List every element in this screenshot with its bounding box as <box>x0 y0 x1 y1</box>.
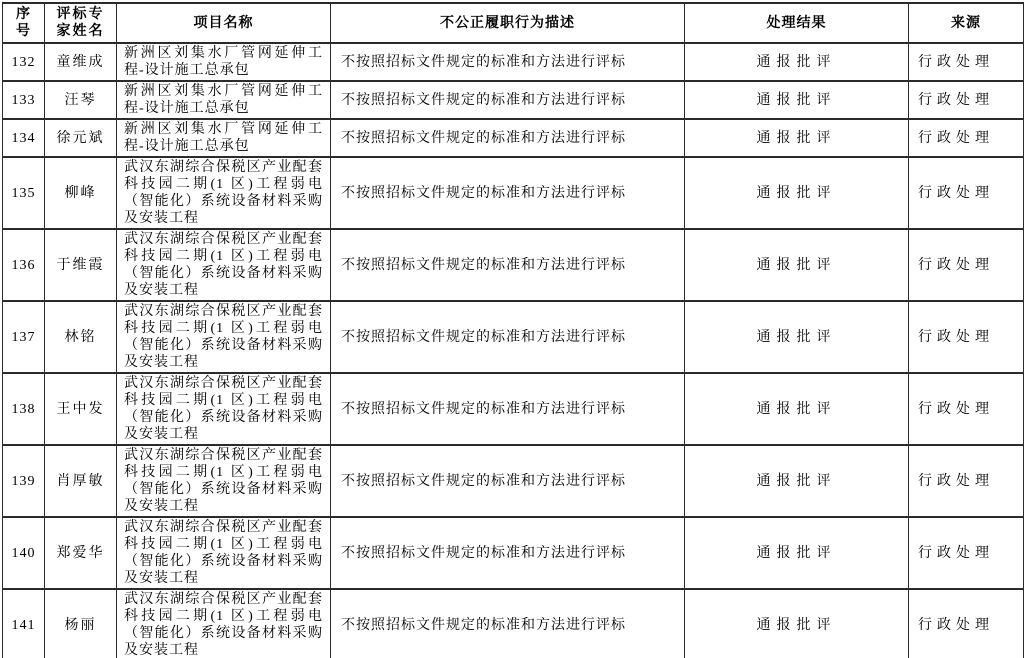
cell-source: 行政处理 <box>909 81 1024 119</box>
cell-processing-result: 通报批评 <box>685 517 909 589</box>
cell-processing-result: 通报批评 <box>685 119 909 157</box>
cell-serial-number: 140 <box>3 517 45 589</box>
cell-project-name: 新洲区刘集水厂管网延伸工程-设计施工总承包 <box>117 81 331 119</box>
cell-behavior-description: 不按照招标文件规定的标准和方法进行评标 <box>331 445 685 517</box>
table-row: 138 王中发 武汉东湖综合保税区产业配套科技园二期(1 区)工程弱电（智能化）… <box>3 373 1024 445</box>
cell-source: 行政处理 <box>909 157 1024 229</box>
cell-expert-name: 童维成 <box>45 43 117 81</box>
cell-processing-result: 通报批评 <box>685 301 909 373</box>
cell-project-name: 武汉东湖综合保税区产业配套科技园二期(1 区)工程弱电（智能化）系统设备材料采购… <box>117 301 331 373</box>
cell-serial-number: 138 <box>3 373 45 445</box>
cell-serial-number: 137 <box>3 301 45 373</box>
col-header-behavior-description: 不公正履职行为描述 <box>331 3 685 43</box>
table-row: 135 柳峰 武汉东湖综合保税区产业配套科技园二期(1 区)工程弱电（智能化）系… <box>3 157 1024 229</box>
cell-serial-number: 133 <box>3 81 45 119</box>
cell-expert-name: 郑爱华 <box>45 517 117 589</box>
col-header-source: 来源 <box>909 3 1024 43</box>
cell-serial-number: 141 <box>3 589 45 658</box>
cell-source: 行政处理 <box>909 119 1024 157</box>
col-header-result: 处理结果 <box>685 3 909 43</box>
cell-expert-name: 林铭 <box>45 301 117 373</box>
cell-project-name: 武汉东湖综合保税区产业配套科技园二期(1 区)工程弱电（智能化）系统设备材料采购… <box>117 229 331 301</box>
cell-behavior-description: 不按照招标文件规定的标准和方法进行评标 <box>331 373 685 445</box>
cell-project-name: 新洲区刘集水厂管网延伸工程-设计施工总承包 <box>117 43 331 81</box>
cell-behavior-description: 不按照招标文件规定的标准和方法进行评标 <box>331 589 685 658</box>
cell-project-name: 武汉东湖综合保税区产业配套科技园二期(1 区)工程弱电（智能化）系统设备材料采购… <box>117 589 331 658</box>
cell-expert-name: 徐元斌 <box>45 119 117 157</box>
table-header: 序号 评标专家姓名 项目名称 不公正履职行为描述 处理结果 来源 <box>3 3 1024 43</box>
table-row: 134 徐元斌 新洲区刘集水厂管网延伸工程-设计施工总承包 不按照招标文件规定的… <box>3 119 1024 157</box>
cell-source: 行政处理 <box>909 589 1024 658</box>
cell-expert-name: 肖厚敏 <box>45 445 117 517</box>
cell-project-name: 新洲区刘集水厂管网延伸工程-设计施工总承包 <box>117 119 331 157</box>
cell-behavior-description: 不按照招标文件规定的标准和方法进行评标 <box>331 517 685 589</box>
cell-serial-number: 139 <box>3 445 45 517</box>
cell-project-name: 武汉东湖综合保税区产业配套科技园二期(1 区)工程弱电（智能化）系统设备材料采购… <box>117 445 331 517</box>
cell-serial-number: 132 <box>3 43 45 81</box>
table-row: 133 汪琴 新洲区刘集水厂管网延伸工程-设计施工总承包 不按照招标文件规定的标… <box>3 81 1024 119</box>
table-row: 132 童维成 新洲区刘集水厂管网延伸工程-设计施工总承包 不按照招标文件规定的… <box>3 43 1024 81</box>
cell-project-name: 武汉东湖综合保税区产业配套科技园二期(1 区)工程弱电（智能化）系统设备材料采购… <box>117 517 331 589</box>
cell-processing-result: 通报批评 <box>685 157 909 229</box>
col-header-expert-name: 评标专家姓名 <box>45 3 117 43</box>
cell-expert-name: 王中发 <box>45 373 117 445</box>
header-row: 序号 评标专家姓名 项目名称 不公正履职行为描述 处理结果 来源 <box>3 3 1024 43</box>
cell-processing-result: 通报批评 <box>685 81 909 119</box>
cell-project-name: 武汉东湖综合保税区产业配套科技园二期(1 区)工程弱电（智能化）系统设备材料采购… <box>117 373 331 445</box>
cell-source: 行政处理 <box>909 373 1024 445</box>
cell-expert-name: 柳峰 <box>45 157 117 229</box>
table-row: 137 林铭 武汉东湖综合保税区产业配套科技园二期(1 区)工程弱电（智能化）系… <box>3 301 1024 373</box>
cell-expert-name: 于维霞 <box>45 229 117 301</box>
cell-processing-result: 通报批评 <box>685 589 909 658</box>
col-header-project-name: 项目名称 <box>117 3 331 43</box>
cell-source: 行政处理 <box>909 517 1024 589</box>
cell-behavior-description: 不按照招标文件规定的标准和方法进行评标 <box>331 229 685 301</box>
cell-source: 行政处理 <box>909 445 1024 517</box>
cell-behavior-description: 不按照招标文件规定的标准和方法进行评标 <box>331 119 685 157</box>
document-page: 序号 评标专家姓名 项目名称 不公正履职行为描述 处理结果 来源 132 童维成… <box>0 0 1027 658</box>
cell-source: 行政处理 <box>909 229 1024 301</box>
cell-behavior-description: 不按照招标文件规定的标准和方法进行评标 <box>331 81 685 119</box>
cell-serial-number: 136 <box>3 229 45 301</box>
cell-serial-number: 134 <box>3 119 45 157</box>
table-row: 141 杨丽 武汉东湖综合保税区产业配套科技园二期(1 区)工程弱电（智能化）系… <box>3 589 1024 658</box>
cell-expert-name: 汪琴 <box>45 81 117 119</box>
cell-serial-number: 135 <box>3 157 45 229</box>
cell-behavior-description: 不按照招标文件规定的标准和方法进行评标 <box>331 157 685 229</box>
cell-source: 行政处理 <box>909 301 1024 373</box>
cell-project-name: 武汉东湖综合保税区产业配套科技园二期(1 区)工程弱电（智能化）系统设备材料采购… <box>117 157 331 229</box>
cell-processing-result: 通报批评 <box>685 445 909 517</box>
col-header-no: 序号 <box>3 3 45 43</box>
cell-processing-result: 通报批评 <box>685 43 909 81</box>
cell-expert-name: 杨丽 <box>45 589 117 658</box>
table-row: 139 肖厚敏 武汉东湖综合保税区产业配套科技园二期(1 区)工程弱电（智能化）… <box>3 445 1024 517</box>
cell-processing-result: 通报批评 <box>685 229 909 301</box>
table-row: 136 于维霞 武汉东湖综合保税区产业配套科技园二期(1 区)工程弱电（智能化）… <box>3 229 1024 301</box>
table-body: 132 童维成 新洲区刘集水厂管网延伸工程-设计施工总承包 不按照招标文件规定的… <box>3 43 1024 658</box>
cell-processing-result: 通报批评 <box>685 373 909 445</box>
table-row: 140 郑爱华 武汉东湖综合保税区产业配套科技园二期(1 区)工程弱电（智能化）… <box>3 517 1024 589</box>
cell-behavior-description: 不按照招标文件规定的标准和方法进行评标 <box>331 43 685 81</box>
experts-discipline-table: 序号 评标专家姓名 项目名称 不公正履职行为描述 处理结果 来源 132 童维成… <box>2 2 1024 658</box>
cell-behavior-description: 不按照招标文件规定的标准和方法进行评标 <box>331 301 685 373</box>
cell-source: 行政处理 <box>909 43 1024 81</box>
